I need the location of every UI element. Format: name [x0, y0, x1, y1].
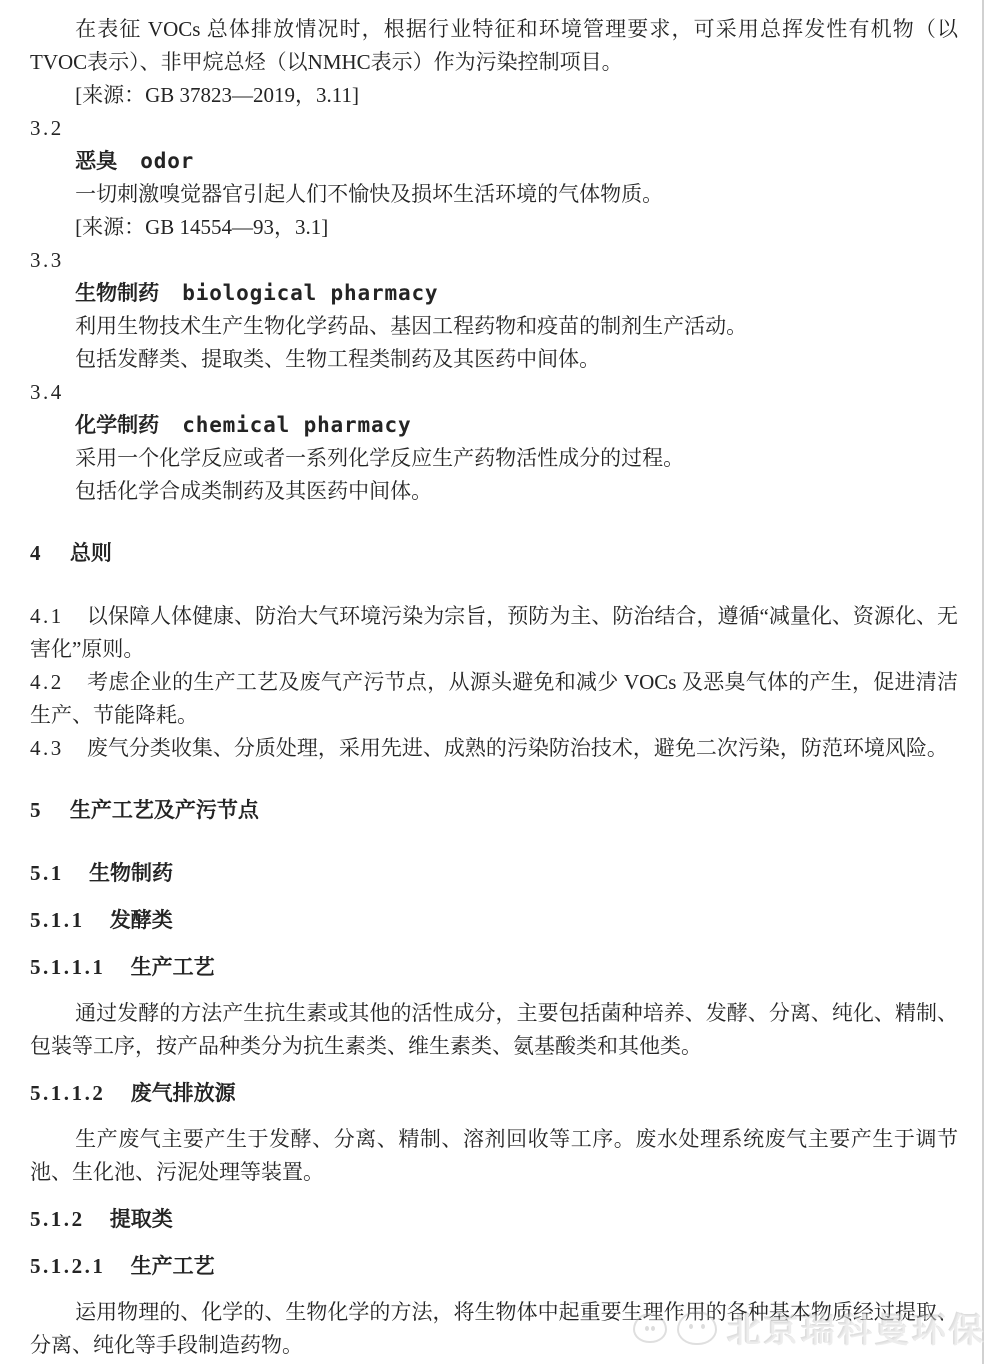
subsection-number: 5.1.1	[30, 908, 85, 932]
clause-text: 废气分类收集、分质处理，采用先进、成熟的污染防治技术，避免二次污染，防范环境风险…	[87, 736, 948, 760]
section-number: 5	[30, 798, 43, 822]
subsection-heading-5-1-1-2: 5.1.1.2废气排放源	[30, 1077, 958, 1110]
page-edge-line	[982, 0, 984, 1364]
clause-4-1: 4.1以保障人体健康、防治大气环境污染为宗旨，预防为主、防治结合，遵循“减量化、…	[30, 600, 958, 666]
term-definition: 包括化学合成类制药及其医药中间体。	[30, 475, 958, 508]
source-reference: [来源：GB 14554—93，3.1]	[30, 211, 958, 244]
term-heading-biological-pharmacy: 生物制药biological pharmacy	[30, 277, 958, 310]
subsection-number: 5.1.2	[30, 1207, 85, 1231]
subsection-heading-5-1-1-1: 5.1.1.1生产工艺	[30, 951, 958, 984]
term-en: chemical pharmacy	[182, 413, 411, 437]
subsection-title: 提取类	[110, 1208, 173, 1231]
clause-text: 考虑企业的生产工艺及废气产污节点，从源头避免和减少 VOCs 及恶臭气体的产生，…	[30, 670, 958, 727]
clause-number-3-2: 3.2	[30, 112, 958, 145]
subsection-title: 发酵类	[110, 909, 173, 932]
subsection-number: 5.1.1.1	[30, 955, 105, 979]
body-paragraph: 运用物理的、化学的、生物化学的方法，将生物体中起重要生理作用的各种基本物质经过提…	[30, 1296, 958, 1362]
section-heading-5: 5生产工艺及产污节点	[30, 794, 958, 827]
term-definition: 一切刺激嗅觉器官引起人们不愉快及损坏生活环境的气体物质。	[30, 178, 958, 211]
clause-4-2: 4.2考虑企业的生产工艺及废气产污节点，从源头避免和减少 VOCs 及恶臭气体的…	[30, 666, 958, 732]
clause-number: 4.3	[30, 736, 64, 760]
section-heading-4: 4总则	[30, 537, 958, 570]
clause-text: 以保障人体健康、防治大气环境污染为宗旨，预防为主、防治结合，遵循“减量化、资源化…	[30, 604, 958, 661]
subsection-heading-5-1: 5.1生物制药	[30, 857, 958, 890]
clause-number-3-4: 3.4	[30, 376, 958, 409]
body-paragraph: 生产废气主要产生于发酵、分离、精制、溶剂回收等工序。废水处理系统废气主要产生于调…	[30, 1123, 958, 1189]
subsection-title: 生物制药	[89, 862, 173, 885]
body-paragraph: 通过发酵的方法产生抗生素或其他的活性成分，主要包括菌种培养、发酵、分离、纯化、精…	[30, 997, 958, 1063]
subsection-heading-5-1-2: 5.1.2提取类	[30, 1203, 958, 1236]
source-reference: [来源：GB 37823—2019，3.11]	[30, 79, 958, 112]
section-number: 4	[30, 541, 43, 565]
term-definition: 利用生物技术生产生物化学药品、基因工程药物和疫苗的制剂生产活动。	[30, 310, 958, 343]
subsection-number: 5.1.1.2	[30, 1081, 105, 1105]
document-page: 在表征 VOCs 总体排放情况时，根据行业特征和环境管理要求，可采用总挥发性有机…	[0, 0, 992, 1364]
term-zh: 恶臭	[75, 150, 117, 173]
term-zh: 生物制药	[75, 282, 159, 305]
intro-paragraph: 在表征 VOCs 总体排放情况时，根据行业特征和环境管理要求，可采用总挥发性有机…	[30, 13, 958, 79]
term-en: biological pharmacy	[182, 281, 438, 305]
section-title: 生产工艺及产污节点	[70, 799, 259, 822]
term-heading-odor: 恶臭odor	[30, 145, 958, 178]
term-heading-chemical-pharmacy: 化学制药chemical pharmacy	[30, 409, 958, 442]
subsection-number: 5.1	[30, 861, 64, 885]
clause-number: 4.1	[30, 604, 64, 628]
subsection-title: 废气排放源	[131, 1082, 236, 1105]
subsection-title: 生产工艺	[131, 1255, 215, 1278]
term-definition: 包括发酵类、提取类、生物工程类制药及其医药中间体。	[30, 343, 958, 376]
term-en: odor	[140, 149, 194, 173]
subsection-title: 生产工艺	[131, 956, 215, 979]
term-zh: 化学制药	[75, 414, 159, 437]
clause-number-3-3: 3.3	[30, 244, 958, 277]
section-title: 总则	[70, 542, 112, 565]
clause-4-3: 4.3废气分类收集、分质处理，采用先进、成熟的污染防治技术，避免二次污染，防范环…	[30, 732, 958, 765]
clause-number: 4.2	[30, 670, 64, 694]
subsection-heading-5-1-2-1: 5.1.2.1生产工艺	[30, 1250, 958, 1283]
subsection-number: 5.1.2.1	[30, 1254, 105, 1278]
term-definition: 采用一个化学反应或者一系列化学反应生产药物活性成分的过程。	[30, 442, 958, 475]
subsection-heading-5-1-1: 5.1.1发酵类	[30, 904, 958, 937]
